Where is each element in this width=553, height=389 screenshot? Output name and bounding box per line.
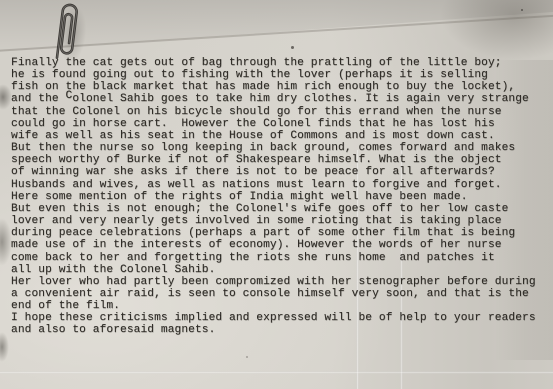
typewritten-text: Finally the cat gets out of bag through … — [11, 57, 536, 337]
text-line: Husbands and wives, as well as nations m… — [11, 179, 536, 191]
text-line: he is found going out to fishing with th… — [11, 69, 536, 81]
text-line: during peace celebrations (perhaps a par… — [11, 227, 536, 239]
text-line: of winning war she asks if there is not … — [11, 166, 536, 178]
text-line: fish on the black market that has made h… — [11, 81, 536, 93]
text-line: a convenient air raid, is seen to consol… — [11, 288, 536, 300]
text-line: But then the nurse so long keeping in ba… — [11, 142, 536, 154]
text-line: and also to aforesaid magnets. — [11, 324, 536, 336]
text-line: could go in horse cart. However the Colo… — [11, 118, 536, 130]
scanned-document: Finally the cat gets out of bag through … — [0, 0, 553, 389]
fold-crease — [0, 371, 553, 374]
text-line: wife as well as his seat in the House of… — [11, 130, 536, 142]
ink-speck — [291, 46, 294, 49]
text-line: Here some mention of the rights of India… — [11, 191, 536, 203]
text-line: lover and very nearly gets involved in s… — [11, 215, 536, 227]
ink-speck — [521, 9, 523, 11]
text-line: come back to her and forgetting the riot… — [11, 252, 536, 264]
text-line: Finally the cat gets out of bag through … — [11, 57, 536, 69]
text-line: speech worthy of Burke if not of Shakesp… — [11, 154, 536, 166]
text-line: I hope these criticisms implied and expr… — [11, 312, 536, 324]
text-line: made use of in the interests of economy)… — [11, 239, 536, 251]
text-line: But even this is not enough; the Colonel… — [11, 203, 536, 215]
text-line: and the Colonel Sahib goes to take him d… — [11, 93, 536, 105]
text-line: end of the film. — [11, 300, 536, 312]
text-line: all up with the Colonel Sahib. — [11, 264, 536, 276]
text-line: Her lover who had partly been compromize… — [11, 276, 536, 288]
ink-speck — [246, 356, 248, 358]
text-line: that the Colonel on his bicycle should g… — [11, 106, 536, 118]
